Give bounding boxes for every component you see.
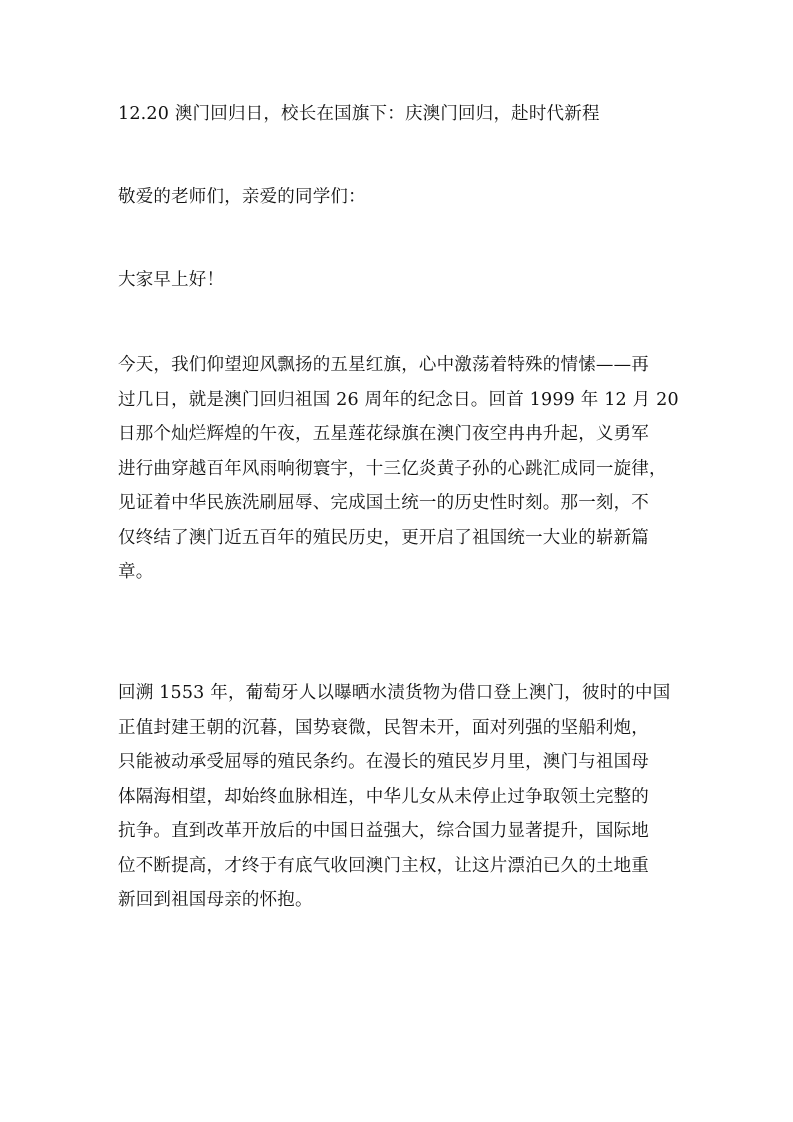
paragraph-line: 体隔海相望，却始终血脉相连，中华儿女从未停止过争取领土完整的 [118,786,678,821]
greeting: 大家早上好！ [118,269,678,291]
document-page: 12.20 澳门回归日，校长在国旗下：庆澳门回归，赴时代新程 敬爱的老师们，亲爱… [0,0,793,1122]
paragraph-line: 仅终结了澳门近五百年的殖民历史，更开启了祖国统一大业的崭新篇 [118,527,678,562]
paragraph-line: 见证着中华民族洗刷屈辱、完成国土统一的历史性时刻。那一刻，不 [118,492,678,527]
salutation: 敬爱的老师们，亲爱的同学们： [118,186,678,208]
paragraph-2: 回溯 1553 年，葡萄牙人以曝晒水渍货物为借口登上澳门，彼时的中国 正值封建王… [118,682,678,924]
paragraph-1: 今天，我们仰望迎风飘扬的五星红旗，心中激荡着特殊的情愫——再 过几日，就是澳门回… [118,354,678,596]
paragraph-line: 新回到祖国母亲的怀抱。 [118,889,678,924]
paragraph-line: 日那个灿烂辉煌的午夜，五星莲花绿旗在澳门夜空冉冉升起，义勇军 [118,423,678,458]
paragraph-line: 位不断提高，才终于有底气收回澳门主权，让这片漂泊已久的土地重 [118,855,678,890]
document-title: 12.20 澳门回归日，校长在国旗下：庆澳门回归，赴时代新程 [118,103,678,125]
paragraph-line: 回溯 1553 年，葡萄牙人以曝晒水渍货物为借口登上澳门，彼时的中国 [118,682,678,717]
paragraph-line: 正值封建王朝的沉暮，国势衰微，民智未开，面对列强的坚船利炮， [118,717,678,752]
paragraph-line: 抗争。直到改革开放后的中国日益强大，综合国力显著提升，国际地 [118,820,678,855]
paragraph-line: 章。 [118,561,678,596]
paragraph-line: 今天，我们仰望迎风飘扬的五星红旗，心中激荡着特殊的情愫——再 [118,354,678,389]
paragraph-line: 过几日，就是澳门回归祖国 26 周年的纪念日。回首 1999 年 12 月 20 [118,389,678,424]
paragraph-line: 进行曲穿越百年风雨响彻寰宇，十三亿炎黄子孙的心跳汇成同一旋律， [118,458,678,493]
paragraph-line: 只能被动承受屈辱的殖民条约。在漫长的殖民岁月里，澳门与祖国母 [118,751,678,786]
